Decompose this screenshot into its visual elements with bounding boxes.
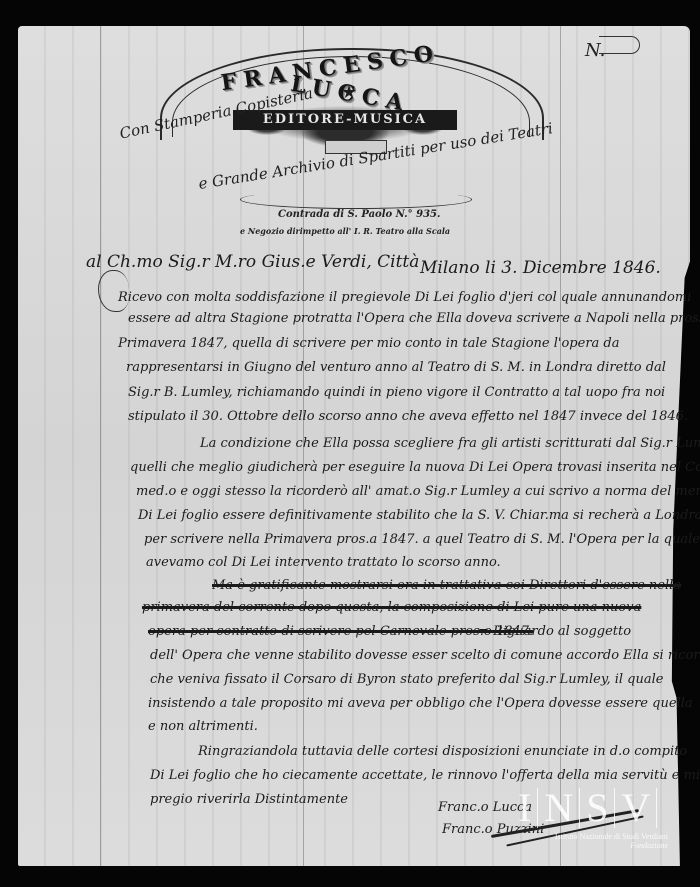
body-line: quelli che meglio giudicherà per eseguir… (130, 460, 700, 475)
body-line: essere ad altra Stagione protratta l'Ope… (128, 311, 700, 326)
watermark-letter: S (580, 788, 615, 828)
letterhead-address: Contrada di S. Paolo N.° 935. (278, 209, 441, 220)
watermark-letter: N (538, 788, 580, 828)
watermark-letter: I (512, 788, 538, 828)
struck-line: Ma è gratificante mostrarsi ora in tratt… (212, 578, 681, 593)
body-line: stipulato il 30. Ottobre dello scorso an… (128, 409, 688, 424)
body-line: Ricevo con molta soddisfazione il pregie… (118, 290, 691, 305)
document-number-label: N. (585, 40, 605, 61)
body-line: e non altrimenti. (148, 719, 258, 734)
letterhead-flourish (240, 190, 472, 209)
body-line: che veniva fissato il Corsaro di Byron s… (150, 672, 663, 687)
struck-line: opera per contratto di scrivere pel Carn… (148, 624, 533, 639)
closing-line: Ringraziandola tuttavia delle cortesi di… (198, 744, 687, 759)
watermark-institution: Istituto Nazionale di Studi Verdiani (512, 832, 682, 841)
body-line: Primavera 1847, quella di scrivere per m… (118, 336, 620, 351)
dateline: Milano li 3. Dicembre 1846. (420, 258, 661, 278)
body-line: dell' Opera che venne stabilito dovesse … (150, 648, 700, 663)
body-line: Sig.r B. Lumley, richiamando quindi in p… (128, 385, 665, 400)
publisher-banner: EDITORE-MUSICA (233, 110, 457, 130)
insv-watermark: I N S V Istituto Nazionale di Studi Verd… (512, 788, 682, 848)
margin-rule (100, 26, 101, 866)
body-line: per scrivere nella Primavera pros.a 1847… (144, 532, 700, 547)
watermark-subtitle: Fondazione (512, 841, 682, 850)
watermark-letters: I N S V (512, 788, 682, 828)
body-line: = Riguardo al soggetto (478, 624, 631, 639)
closing-line: pregio riverirla Distintamente (150, 792, 348, 807)
body-line: Di Lei foglio essere definitivamente sta… (138, 508, 700, 523)
watermark-letter: V (615, 788, 657, 828)
letterhead-shop: e Negozio dirimpetto all' I. R. Teatro a… (240, 226, 450, 236)
struck-line: primavera del corrente dopo questa, la c… (142, 600, 641, 615)
addressee: al Ch.mo Sig.r M.ro Gius.e Verdi, Città (86, 252, 419, 272)
body-line: avevamo col Di Lei intervento trattato l… (146, 555, 501, 570)
body-line: rappresentarsi in Giugno del venturo ann… (126, 360, 666, 375)
body-line: med.o e oggi stesso la ricorderò all' am… (136, 484, 700, 499)
closing-line: Di Lei foglio che ho ciecamente accettat… (150, 768, 700, 783)
body-line: La condizione che Ella possa scegliere f… (200, 436, 700, 451)
body-line: insistendo a tale proposito mi aveva per… (148, 696, 693, 711)
